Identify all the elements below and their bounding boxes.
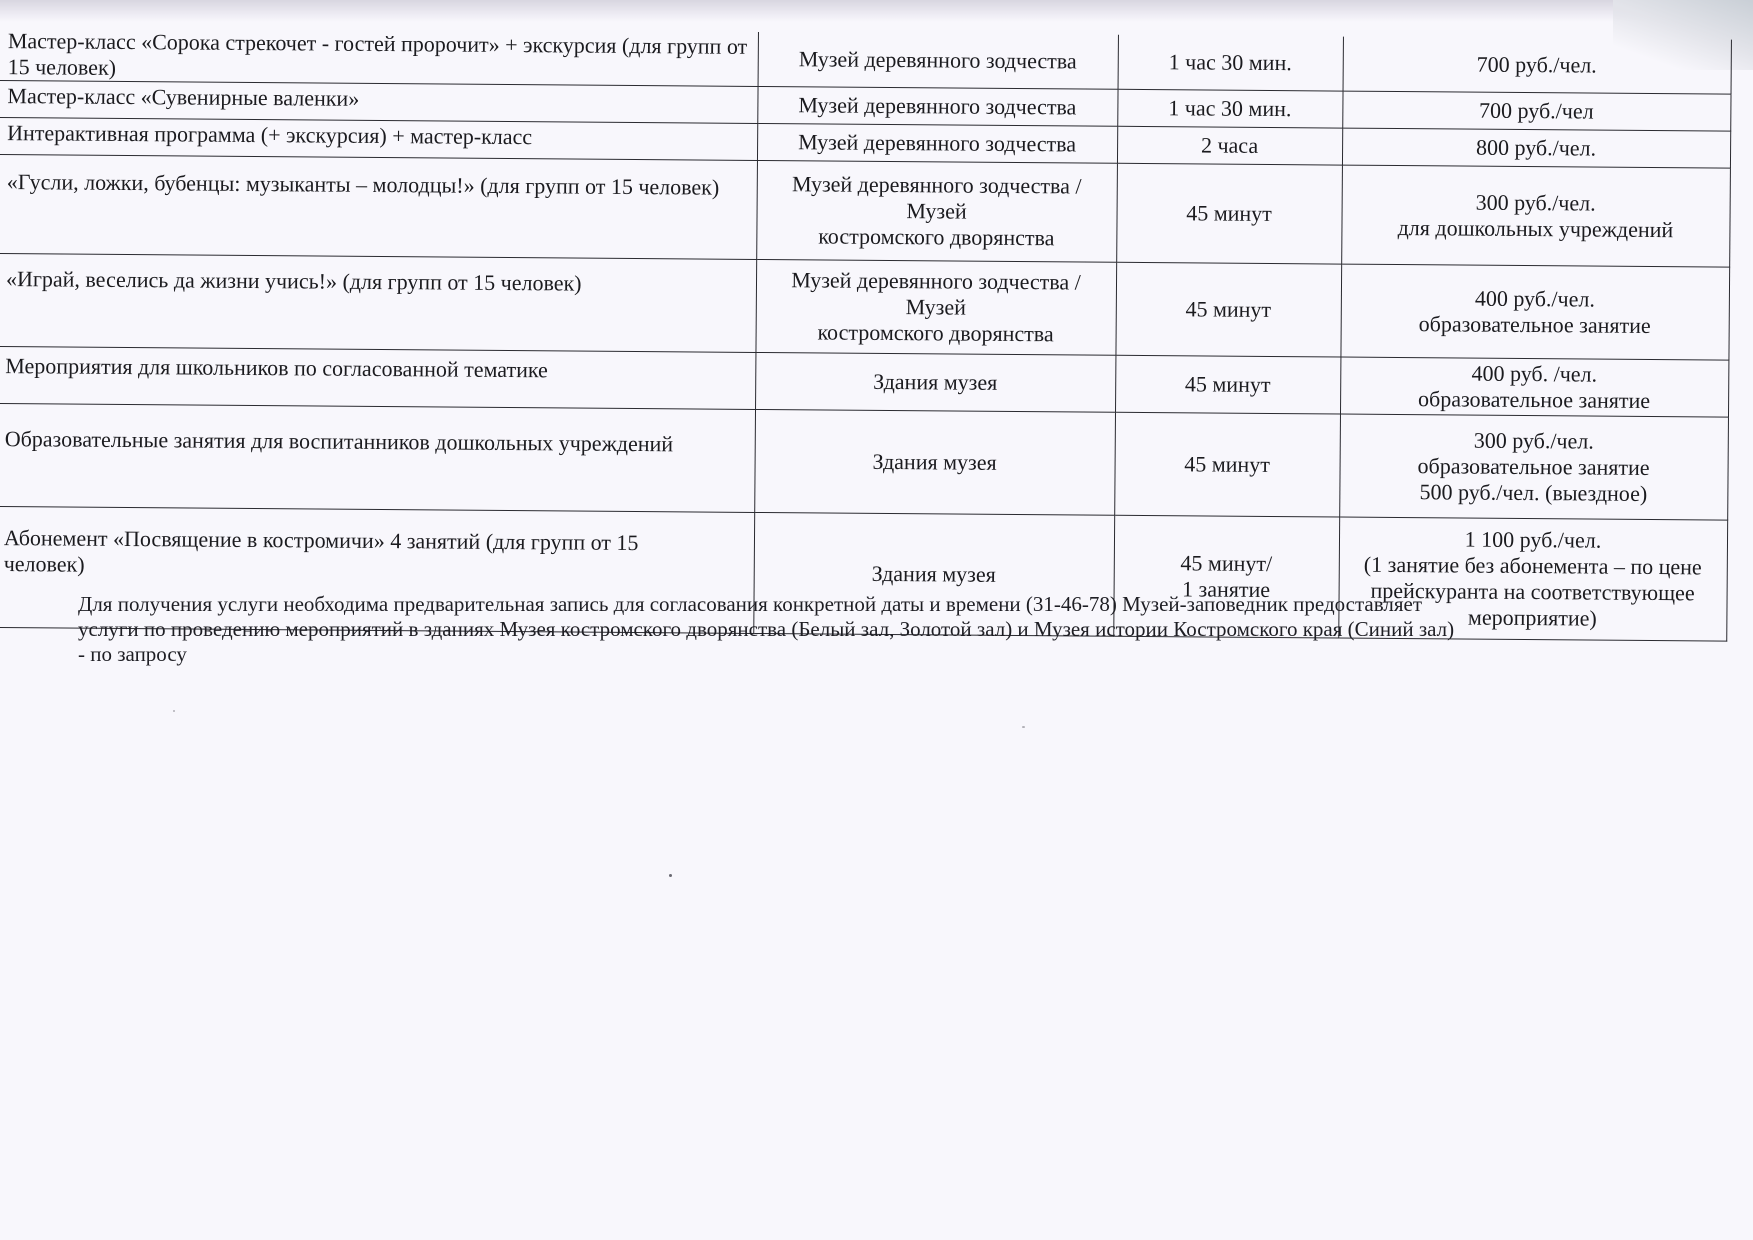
venue-cell: Музей деревянного зодчества xyxy=(758,32,1118,89)
price-cell: 800 руб./чел. xyxy=(1342,128,1730,168)
venue-cell: Здания музея xyxy=(754,409,1115,515)
price-table-container: Мастер-класс «Сорока стрекочет - гостей … xyxy=(0,26,1731,642)
price-cell: 400 руб./чел. образовательное занятие xyxy=(1340,264,1729,360)
scan-dust xyxy=(1022,726,1025,728)
scanned-page: Мастер-класс «Сорока стрекочет - гостей … xyxy=(0,0,1753,1240)
venue-cell: Музей деревянного зодчества / Музей кост… xyxy=(755,259,1116,355)
program-name-cell: Мастер-класс «Сувенирные валенки» xyxy=(0,80,758,123)
price-cell: 700 руб./чел. xyxy=(1343,37,1731,95)
duration-cell: 45 минут xyxy=(1116,163,1342,264)
duration-cell: 1 час 30 мин. xyxy=(1118,35,1343,91)
program-name-cell: «Играй, веселись да жизни учись!» (для г… xyxy=(0,253,756,352)
program-name-cell: Мероприятия для школьников по согласован… xyxy=(0,346,755,409)
price-cell: 400 руб. /чел. образовательное занятие xyxy=(1340,357,1728,417)
scan-edge-shadow xyxy=(0,0,1753,22)
venue-cell: Музей деревянного зодчества xyxy=(757,86,1117,126)
price-cell: 300 руб./чел. образовательное занятие 50… xyxy=(1339,414,1728,520)
venue-cell: Здания музея xyxy=(755,352,1115,412)
program-name-cell: Мастер-класс «Сорока стрекочет - гостей … xyxy=(0,26,758,86)
duration-cell: 45 минут xyxy=(1115,262,1341,357)
duration-cell: 2 часа xyxy=(1117,126,1342,165)
table-row: «Играй, веселись да жизни учись!» (для г… xyxy=(0,253,1729,360)
program-name-cell: «Гусли, ложки, бубенцы: музыканты – моло… xyxy=(0,154,757,259)
duration-cell: 1 час 30 мин. xyxy=(1117,89,1342,128)
table-row: Образовательные занятия для воспитаннико… xyxy=(0,403,1728,520)
duration-cell: 45 минут xyxy=(1115,355,1340,414)
booking-note: Для получения услуги необходима предвари… xyxy=(78,592,1638,667)
venue-cell: Музей деревянного зодчества xyxy=(757,123,1117,163)
price-table: Мастер-класс «Сорока стрекочет - гостей … xyxy=(0,26,1731,642)
program-name-cell: Образовательные занятия для воспитаннико… xyxy=(0,403,755,512)
duration-cell: 45 минут xyxy=(1114,412,1340,517)
venue-cell: Музей деревянного зодчества / Музей кост… xyxy=(756,160,1117,262)
scan-dust xyxy=(173,710,175,712)
price-cell: 300 руб./чел. для дошкольных учреждений xyxy=(1341,165,1730,267)
scan-dust xyxy=(669,874,672,877)
table-row: «Гусли, ложки, бубенцы: музыканты – моло… xyxy=(0,154,1730,267)
price-cell: 700 руб./чел xyxy=(1342,91,1730,131)
program-name-cell: Интерактивная программа (+ экскурсия) + … xyxy=(0,117,757,160)
